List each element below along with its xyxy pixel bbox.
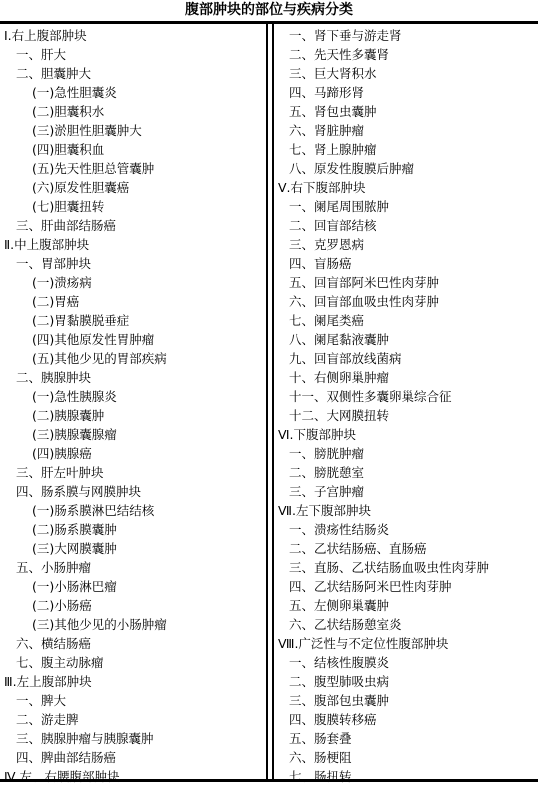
category-heading: Ⅱ.中上腹部肿块 [0,235,266,254]
list-item: 九、回盲部放线菌病 [276,349,538,368]
sub-list-item: (四)胰腺癌 [0,444,266,463]
list-item: 五、小肠肿瘤 [0,558,266,577]
sub-list-item: (四)胆囊积血 [0,140,266,159]
list-item: 一、膀胱肿瘤 [276,444,538,463]
sub-list-item: (二)肠系膜囊肿 [0,520,266,539]
list-item: 二、回盲部结核 [276,216,538,235]
list-item: 五、肾包虫囊肿 [276,102,538,121]
classification-table: Ⅰ.右上腹部肿块一、肝大二、胆囊肿大(一)急性胆囊炎(二)胆囊积水(三)淤胆性胆… [0,21,538,782]
list-item: 八、阑尾黏液囊肿 [276,330,538,349]
sub-list-item: (六)原发性胆囊癌 [0,178,266,197]
sub-list-item: (二)胆囊积水 [0,102,266,121]
list-item: 五、肠套叠 [276,729,538,748]
list-item: 三、子宫肿瘤 [276,482,538,501]
list-item: 二、先天性多囊肾 [276,45,538,64]
list-item: 一、肾下垂与游走肾 [276,26,538,45]
sub-list-item: (三)胰腺囊腺瘤 [0,425,266,444]
category-heading: Ⅵ.下腹部肿块 [276,425,538,444]
list-item: 七、肠扭转 [276,767,538,785]
list-item: 一、阑尾周围脓肿 [276,197,538,216]
sub-list-item: (五)先天性胆总管囊肿 [0,159,266,178]
list-item: 一、结核性腹膜炎 [276,653,538,672]
category-heading: Ⅰ.右上腹部肿块 [0,26,266,45]
sub-list-item: (二)小肠癌 [0,596,266,615]
list-item: 六、肠梗阻 [276,748,538,767]
category-heading: Ⅷ.广泛性与不定位性腹部肿块 [276,634,538,653]
left-column: Ⅰ.右上腹部肿块一、肝大二、胆囊肿大(一)急性胆囊炎(二)胆囊积水(三)淤胆性胆… [0,26,266,785]
list-item: 四、马蹄形肾 [276,83,538,102]
list-item: 七、阑尾类癌 [276,311,538,330]
list-item: 四、脾曲部结肠癌 [0,748,266,767]
list-item: 二、乙状结肠癌、直肠癌 [276,539,538,558]
list-item: 四、腹膜转移癌 [276,710,538,729]
list-item: 三、腹部包虫囊肿 [276,691,538,710]
list-item: 二、腹型肺吸虫病 [276,672,538,691]
sub-list-item: (一)溃疡病 [0,273,266,292]
list-item: 二、胰腺肿块 [0,368,266,387]
sub-list-item: (二)胃黏膜脱垂症 [0,311,266,330]
list-item: 三、巨大肾积水 [276,64,538,83]
list-item: 五、左侧卵巢囊肿 [276,596,538,615]
table-title: 腹部肿块的部位与疾病分类 [0,1,538,19]
list-item: 五、回盲部阿米巴性肉芽肿 [276,273,538,292]
list-item: 二、胆囊肿大 [0,64,266,83]
list-item: 三、肝曲部结肠癌 [0,216,266,235]
list-item: 一、肝大 [0,45,266,64]
list-item: 七、腹主动脉瘤 [0,653,266,672]
sub-list-item: (二)胰腺囊肿 [0,406,266,425]
list-item: 三、直肠、乙状结肠血吸虫性肉芽肿 [276,558,538,577]
list-item: 一、溃疡性结肠炎 [276,520,538,539]
sub-list-item: (一)急性胆囊炎 [0,83,266,102]
list-item: 八、原发性腹膜后肿瘤 [276,159,538,178]
list-item: 六、乙状结肠憩室炎 [276,615,538,634]
category-heading: Ⅲ.左上腹部肿块 [0,672,266,691]
column-divider-right-line [272,24,274,779]
category-heading: Ⅳ.左、右腰腹部肿块 [0,767,266,785]
list-item: 一、胃部肿块 [0,254,266,273]
sub-list-item: (三)大网膜囊肿 [0,539,266,558]
sub-list-item: (七)胆囊扭转 [0,197,266,216]
list-item: 二、游走脾 [0,710,266,729]
list-item: 一、脾大 [0,691,266,710]
sub-list-item: (三)其他少见的小肠肿瘤 [0,615,266,634]
right-column: 一、肾下垂与游走肾二、先天性多囊肾三、巨大肾积水四、马蹄形肾五、肾包虫囊肿六、肾… [276,26,538,785]
list-item: 十一、双侧性多囊卵巢综合征 [276,387,538,406]
sub-list-item: (三)淤胆性胆囊肿大 [0,121,266,140]
list-item: 四、肠系膜与网膜肿块 [0,482,266,501]
column-divider-left-line [266,24,268,779]
list-item: 十、右侧卵巢肿瘤 [276,368,538,387]
sub-list-item: (五)其他少见的胃部疾病 [0,349,266,368]
sub-list-item: (二)胃癌 [0,292,266,311]
sub-list-item: (四)其他原发性胃肿瘤 [0,330,266,349]
list-item: 六、横结肠癌 [0,634,266,653]
category-heading: Ⅶ.左下腹部肿块 [276,501,538,520]
list-item: 三、克罗恩病 [276,235,538,254]
list-item: 六、肾脏肿瘤 [276,121,538,140]
list-item: 二、膀胱憩室 [276,463,538,482]
list-item: 七、肾上腺肿瘤 [276,140,538,159]
list-item: 六、回盲部血吸虫性肉芽肿 [276,292,538,311]
list-item: 四、盲肠癌 [276,254,538,273]
sub-list-item: (一)急性胰腺炎 [0,387,266,406]
list-item: 三、胰腺肿瘤与胰腺囊肿 [0,729,266,748]
list-item: 十二、大网膜扭转 [276,406,538,425]
list-item: 四、乙状结肠阿米巴性肉芽肿 [276,577,538,596]
sub-list-item: (一)肠系膜淋巴结结核 [0,501,266,520]
sub-list-item: (一)小肠淋巴瘤 [0,577,266,596]
list-item: 三、肝左叶肿块 [0,463,266,482]
category-heading: Ⅴ.右下腹部肿块 [276,178,538,197]
